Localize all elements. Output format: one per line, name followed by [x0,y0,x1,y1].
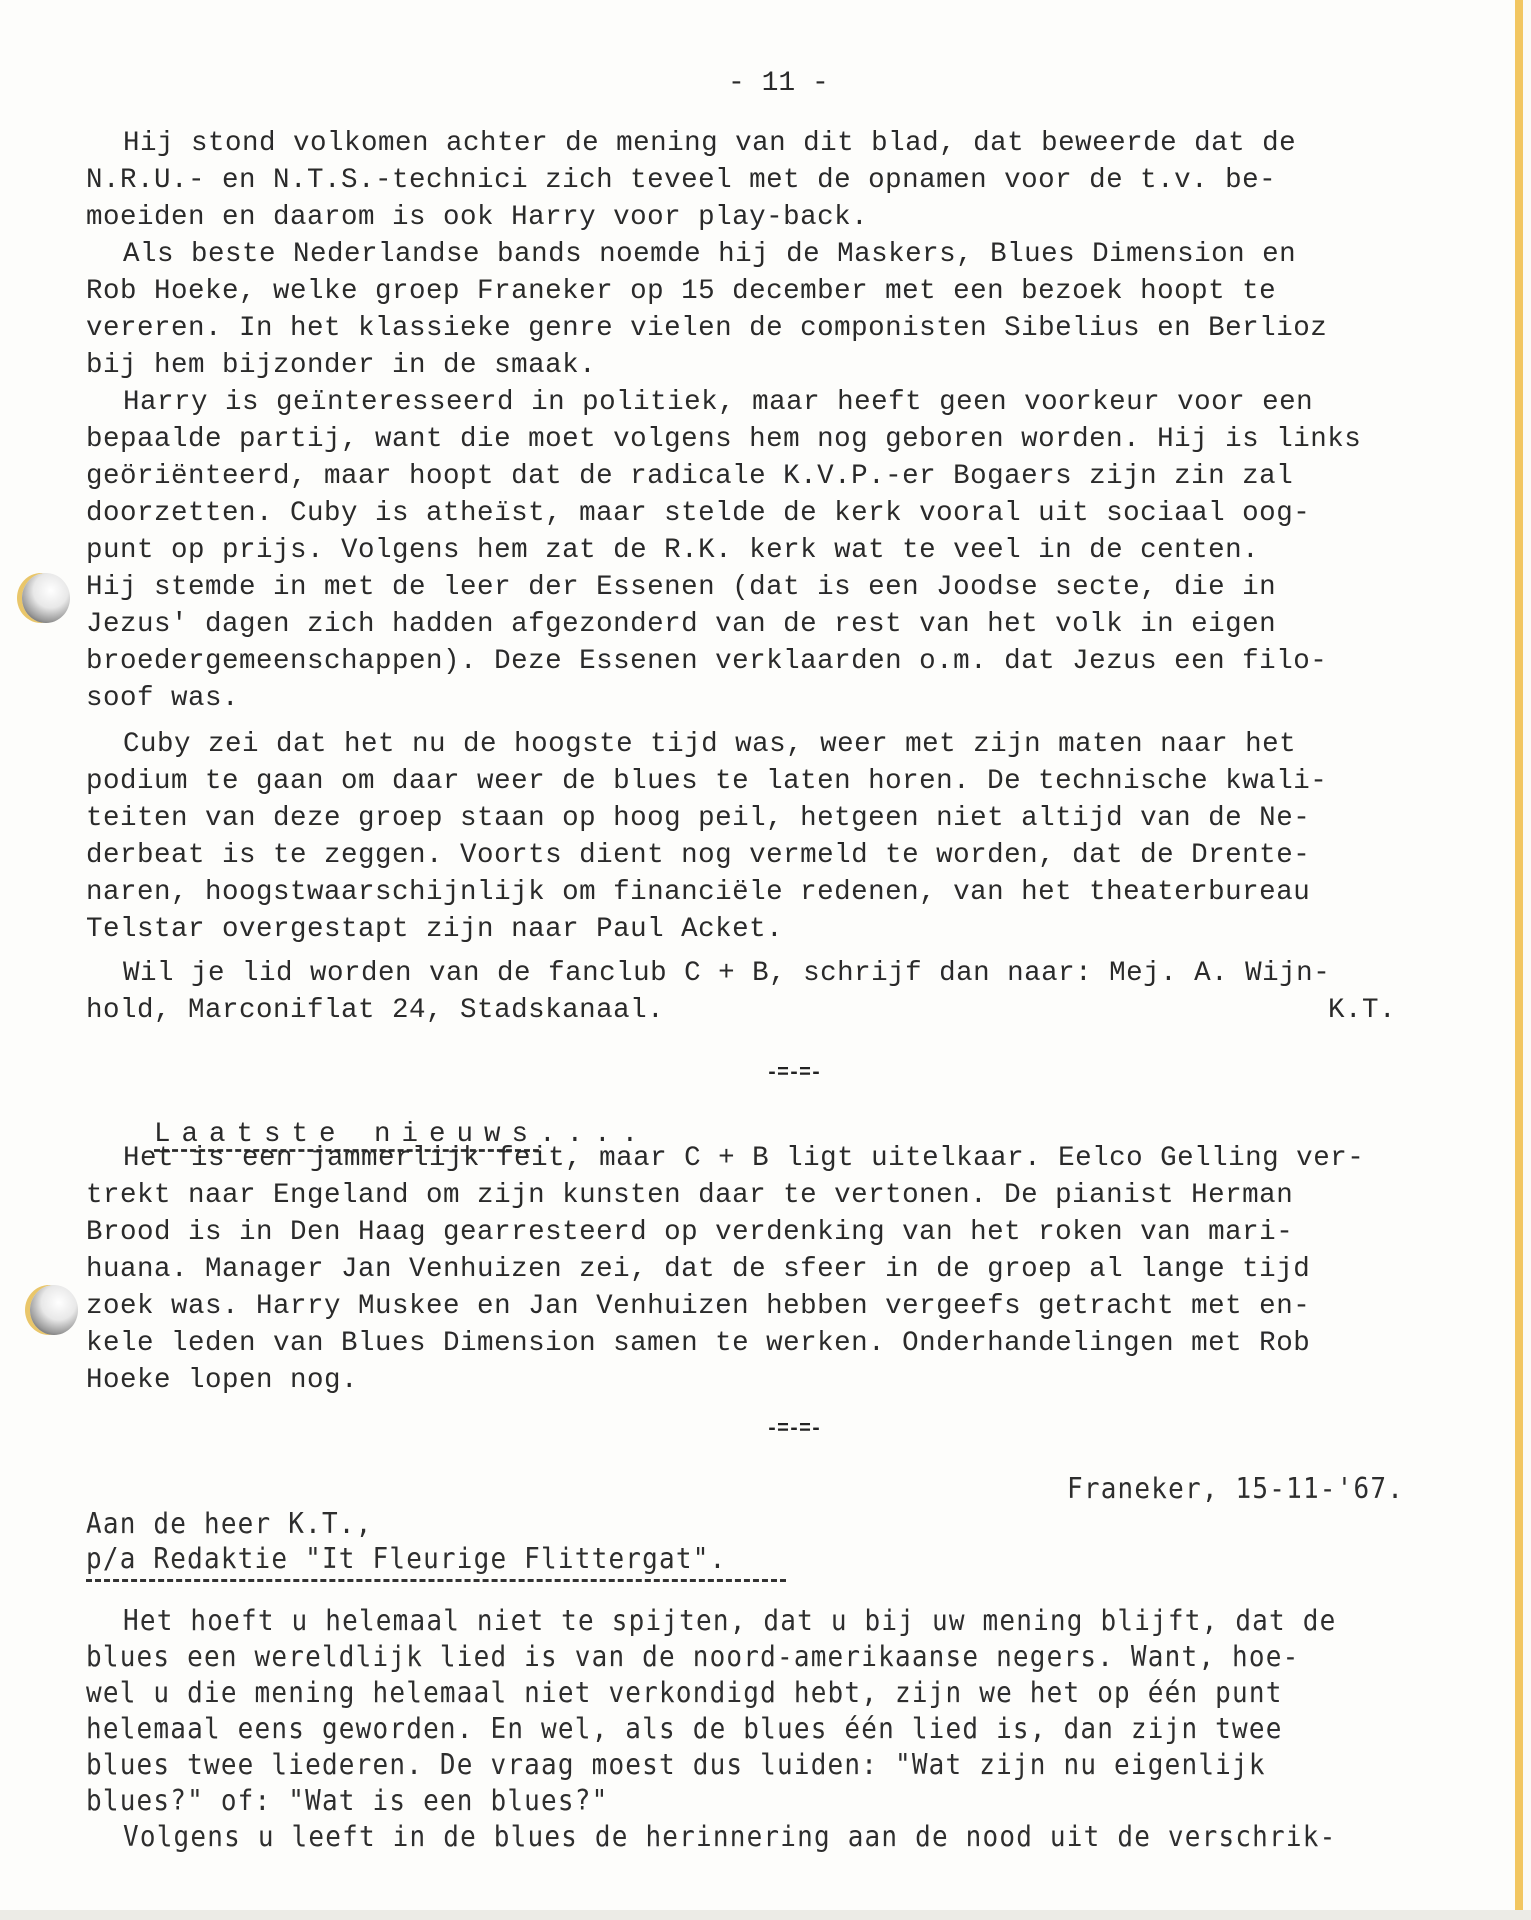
letter-line: helemaal eens geworden. En wel, als de b… [86,1713,1283,1745]
letter-line: blues twee liederen. De vraag moest dus … [86,1749,1266,1781]
letter-address-line: Aan de heer K.T., [86,1508,373,1540]
punch-hole-icon [30,1285,78,1335]
article-line: moeiden en daarom is ook Harry voor play… [86,202,868,233]
article-line: geöriënteerd, maar hoopt dat de radicale… [86,461,1293,492]
letter-address-line: p/a Redaktie "It Fleurige Flittergat". [86,1543,726,1575]
article-line: Harry is geïnteresseerd in politiek, maa… [123,387,1313,418]
article-line: bepaalde partij, want die moet volgens h… [86,424,1361,455]
page-edge-outer [1523,0,1531,1920]
article-line: N.R.U.- en N.T.S.-technici zich teveel m… [86,165,1276,196]
article-line: doorzetten. Cuby is atheïst, maar stelde… [86,498,1310,529]
article-line: Rob Hoeke, welke groep Franeker op 15 de… [86,276,1276,307]
section-separator: -=-=- [766,1418,821,1441]
article-line: teiten van deze groep staan op hoog peil… [86,803,1310,834]
article-line: hold, Marconiflat 24, Stadskanaal. [86,995,664,1026]
article-line: Telstar overgestapt zijn naar Paul Acket… [86,914,783,945]
news-line: trekt naar Engeland om zijn kunsten daar… [86,1180,1293,1211]
article-line: vereren. In het klassieke genre vielen d… [86,313,1327,344]
article-line: Cuby zei dat het nu de hoogste tijd was,… [123,729,1296,760]
news-line: zoek was. Harry Muskee en Jan Venhuizen … [86,1291,1310,1322]
article-line: Hij stond volkomen achter de mening van … [123,128,1296,159]
article-line: bij hem bijzonder in de smaak. [86,350,596,381]
news-line: kele leden van Blues Dimension samen te … [86,1328,1310,1359]
address-underline [86,1579,786,1582]
letter-line: blues een wereldlijk lied is van de noor… [86,1641,1299,1673]
news-line: Hoeke lopen nog. [86,1365,358,1396]
article-line: naren, hoogstwaarschijnlijk om financiël… [86,877,1310,908]
article-line: Hij stemde in met de leer der Essenen (d… [86,572,1276,603]
page-number: - 11 - [728,68,829,99]
article-line: Als beste Nederlandse bands noemde hij d… [123,239,1296,270]
section-separator: -=-=- [766,1062,821,1085]
news-line: Brood is in Den Haag gearresteerd op ver… [86,1217,1293,1248]
page-edge-bottom [0,1910,1531,1920]
page-edge-yellow [1515,0,1523,1910]
article-line: Jezus' dagen zich hadden afgezonderd van… [86,609,1276,640]
article-signature: K.T. [1328,995,1396,1026]
letter-place-date: Franeker, 15-11-'67. [1067,1473,1404,1505]
letter-line: Volgens u leeft in de blues de herinneri… [123,1821,1336,1853]
news-line: huana. Manager Jan Venhuizen zei, dat de… [86,1254,1310,1285]
article-line: derbeat is te zeggen. Voorts dient nog v… [86,840,1310,871]
article-line: soof was. [86,683,239,714]
news-line: Het is een jammerlijk feit, maar C + B l… [123,1143,1364,1174]
letter-line: wel u die mening helemaal niet verkondig… [86,1677,1283,1709]
article-line: podium te gaan om daar weer de blues te … [86,766,1327,797]
letter-line: blues?" of: "Wat is een blues?" [86,1785,608,1817]
article-line: punt op prijs. Volgens hem zat de R.K. k… [86,535,1259,566]
letter-line: Het hoeft u helemaal niet te spijten, da… [123,1605,1336,1637]
article-line: Wil je lid worden van de fanclub C + B, … [123,958,1330,989]
punch-hole-icon [22,573,70,623]
article-line: broedergemeenschappen). Deze Essenen ver… [86,646,1327,677]
